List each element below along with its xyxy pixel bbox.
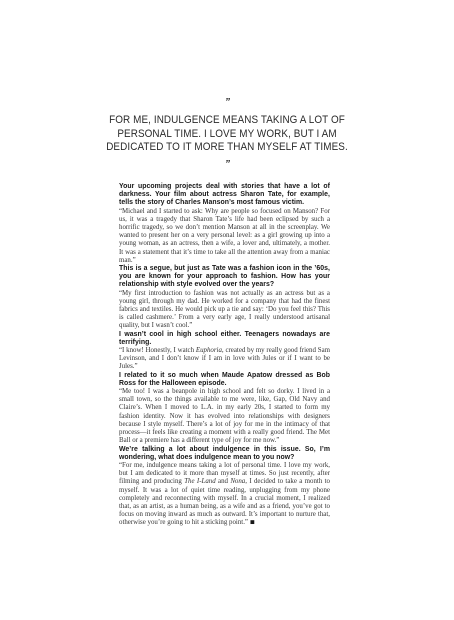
answer-segment: “I know! Honestly, I watch [119, 347, 196, 354]
pull-quote-line: FOR ME, INDULGENCE MEANS TAKING A LOT OF [23, 114, 432, 128]
question: I wasn’t cool in high school either. Tee… [119, 331, 330, 347]
answer-italic-segment: Nona [230, 478, 245, 485]
pull-quote: ” FOR ME, INDULGENCE MEANS TAKING A LOT … [0, 98, 454, 169]
answer: “Michael and I started to ask: Why are p… [119, 208, 330, 265]
answer: “Me too! I was a beanpole in high school… [119, 388, 330, 445]
qa-list: Your upcoming projects deal with stories… [119, 183, 330, 528]
answer-italic-segment: The I-Land [184, 478, 215, 485]
answer: “I know! Honestly, I watch Euphoria, cre… [119, 347, 330, 372]
answer-segment: , I decided to take a month to myself. I… [119, 478, 330, 526]
answer-segment: “Michael and I started to ask: Why are p… [119, 208, 330, 264]
answer: “For me, indulgence means taking a lot o… [119, 462, 330, 528]
question: Your upcoming projects deal with stories… [119, 183, 330, 208]
question: We’re talking a lot about indulgence in … [119, 446, 330, 462]
answer-segment: “My first introduction to fashion was no… [119, 290, 330, 330]
open-quote-icon: ” [0, 98, 454, 107]
article-end-mark-icon: ■ [250, 521, 255, 526]
qa-block: We’re talking a lot about indulgence in … [119, 446, 330, 528]
answer-segment: “Me too! I was a beanpole in high school… [119, 388, 330, 444]
close-quote-icon: ” [0, 160, 454, 169]
qa-block: I wasn’t cool in high school either. Tee… [119, 331, 330, 372]
qa-block: This is a segue, but just as Tate was a … [119, 265, 330, 331]
question: I related to it so much when Maude Apato… [119, 372, 330, 388]
pull-quote-line: DEDICATED TO IT MORE THAN MYSELF AT TIME… [23, 141, 432, 155]
qa-block: I related to it so much when Maude Apato… [119, 372, 330, 446]
qa-block: Your upcoming projects deal with stories… [119, 183, 330, 265]
magazine-page: ” FOR ME, INDULGENCE MEANS TAKING A LOT … [0, 0, 454, 620]
question: This is a segue, but just as Tate was a … [119, 265, 330, 290]
answer-italic-segment: Euphoria [196, 347, 222, 354]
pull-quote-line: PERSONAL TIME. I LOVE MY WORK, BUT I AM [23, 128, 432, 142]
pull-quote-lines: FOR ME, INDULGENCE MEANS TAKING A LOT OF… [23, 114, 432, 155]
answer-segment: and [216, 478, 231, 485]
answer: “My first introduction to fashion was no… [119, 290, 330, 331]
